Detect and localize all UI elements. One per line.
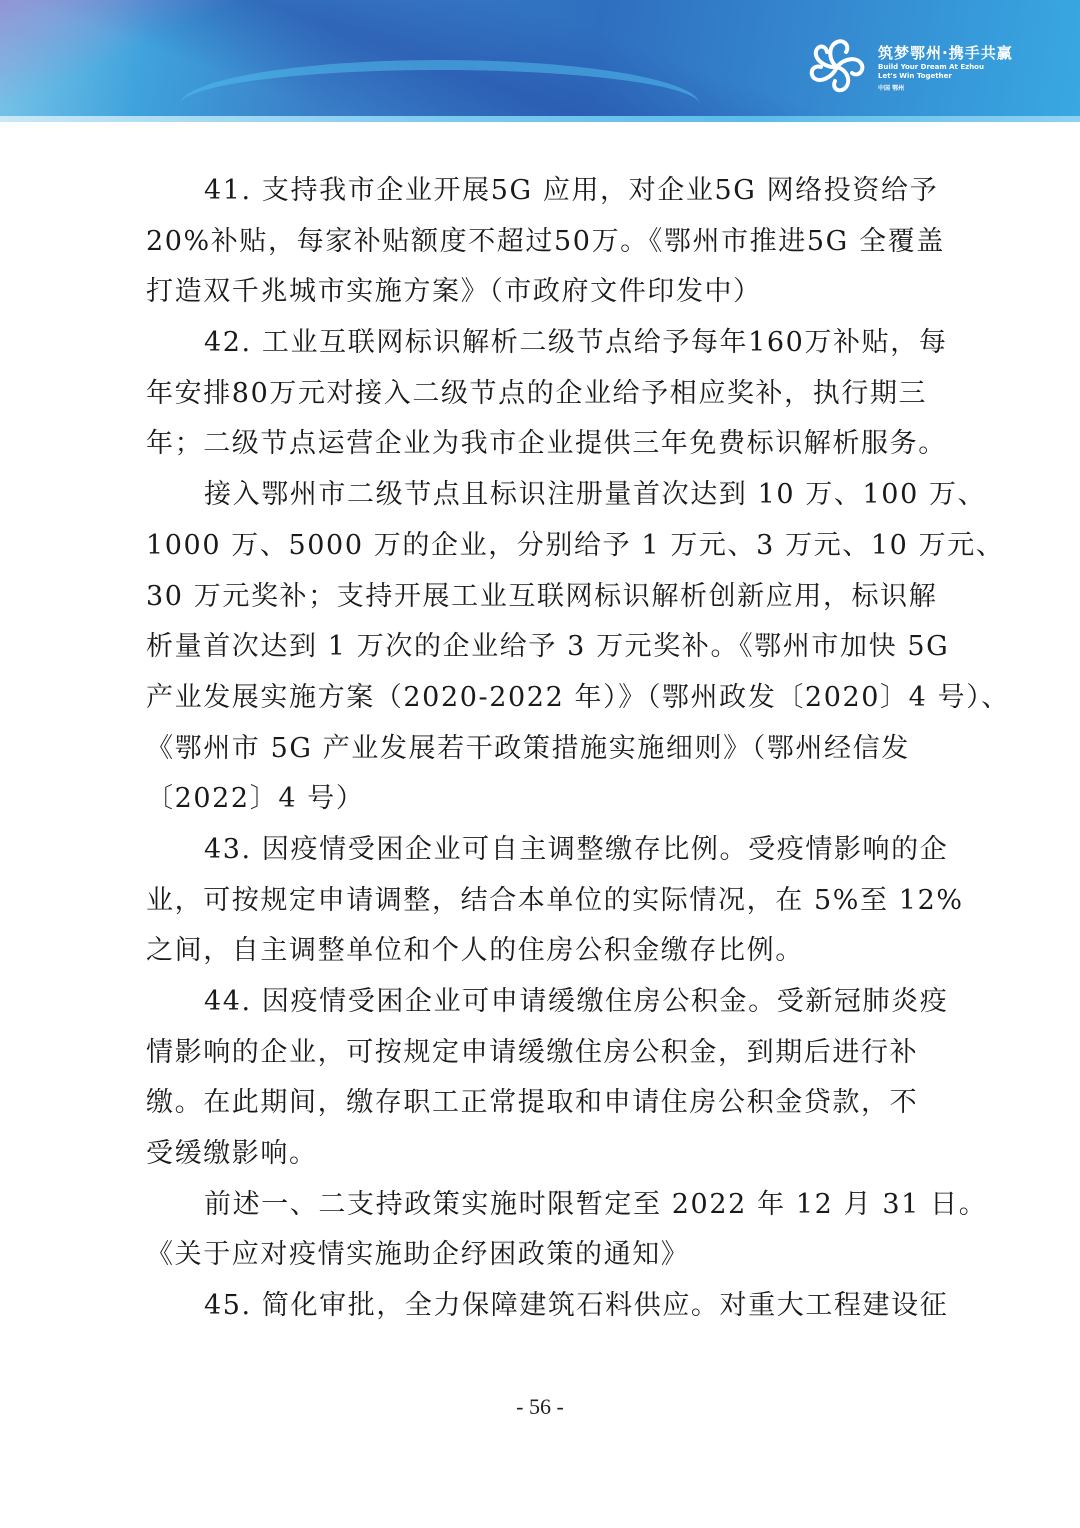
- document-line: 44. 因疫情受困企业可申请缓缴住房公积金。受新冠肺炎疫: [146, 977, 938, 1028]
- document-line: 受缓缴影响。: [146, 1129, 938, 1180]
- document-line: 析量首次达到 1 万次的企业给予 3 万元奖补。《鄂州市加快 5G: [146, 622, 938, 673]
- banner-wave-decoration: [180, 60, 700, 150]
- document-line: 业，可按规定申请调整，结合本单位的实际情况，在 5%至 12%: [146, 876, 938, 927]
- document-line: 情影响的企业，可按规定申请缓缴住房公积金，到期后进行补: [146, 1028, 938, 1079]
- document-line: 年；二级节点运营企业为我市企业提供三年免费标识解析服务。: [146, 419, 938, 470]
- document-line: 20%补贴，每家补贴额度不超过50万。《鄂州市推进5G 全覆盖: [146, 217, 938, 268]
- logo-location: 中国 鄂州: [878, 83, 1013, 92]
- document-line: 前述一、二支持政策实施时限暂定至 2022 年 12 月 31 日。: [146, 1180, 938, 1231]
- document-line: 1000 万、5000 万的企业，分别给予 1 万元、3 万元、10 万元、: [146, 521, 938, 572]
- document-line: 30 万元奖补；支持开展工业互联网标识解析创新应用，标识解: [146, 572, 938, 623]
- document-line: 之间，自主调整单位和个人的住房公积金缴存比例。: [146, 926, 938, 977]
- document-body: 41. 支持我市企业开展5G 应用，对企业5G 网络投资给予20%补贴，每家补贴…: [146, 166, 938, 1332]
- document-line: 缴。在此期间，缴存职工正常提取和申请住房公积金贷款，不: [146, 1078, 938, 1129]
- document-line: 《鄂州市 5G 产业发展若干政策措施实施细则》（鄂州经信发: [146, 724, 938, 775]
- header-banner: 筑梦鄂州·携手共赢 Build Your Dream At Ezhou Let'…: [0, 0, 1080, 122]
- document-line: 打造双千兆城市实施方案》（市政府文件印发中）: [146, 267, 938, 318]
- page-number: - 56 -: [0, 1394, 1080, 1420]
- logo-text-block: 筑梦鄂州·携手共赢 Build Your Dream At Ezhou Let'…: [878, 42, 1013, 92]
- document-line: 41. 支持我市企业开展5G 应用，对企业5G 网络投资给予: [146, 166, 938, 217]
- logo-title: 筑梦鄂州·携手共赢: [878, 42, 1013, 63]
- city-logo: 筑梦鄂州·携手共赢 Build Your Dream At Ezhou Let'…: [806, 36, 1013, 98]
- plum-blossom-logo-icon: [806, 36, 868, 98]
- document-line: 接入鄂州市二级节点且标识注册量首次达到 10 万、100 万、: [146, 470, 938, 521]
- logo-slogan-line-1: Build Your Dream At Ezhou: [878, 63, 1013, 72]
- document-line: 43. 因疫情受困企业可自主调整缴存比例。受疫情影响的企: [146, 825, 938, 876]
- document-line: 产业发展实施方案（2020-2022 年）》（鄂州政发〔2020〕4 号）、: [146, 673, 938, 724]
- document-line: 《关于应对疫情实施助企纾困政策的通知》: [146, 1230, 938, 1281]
- logo-slogan-line-2: Let's Win Together: [878, 72, 1013, 81]
- document-line: 年安排80万元对接入二级节点的企业给予相应奖补，执行期三: [146, 369, 938, 420]
- document-line: 42. 工业互联网标识解析二级节点给予每年160万补贴，每: [146, 318, 938, 369]
- document-line: 〔2022〕4 号）: [146, 774, 938, 825]
- document-line: 45. 简化审批，全力保障建筑石料供应。对重大工程建设征: [146, 1281, 938, 1332]
